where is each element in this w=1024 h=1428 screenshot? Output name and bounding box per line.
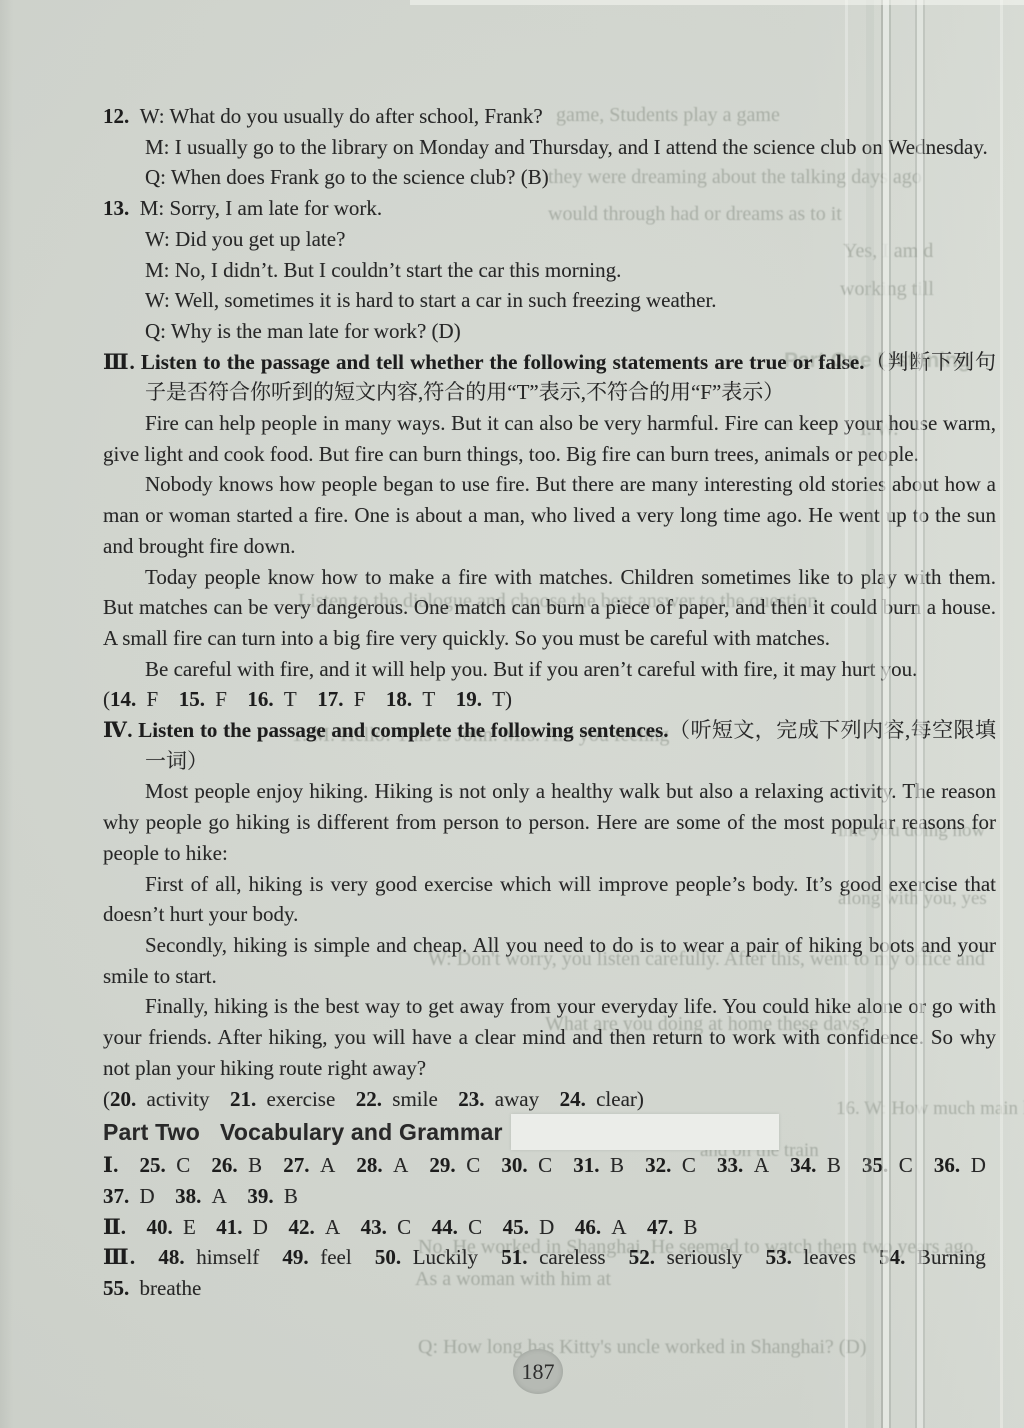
answer-number: 27. xyxy=(283,1153,309,1177)
answer-pair: 48. himself xyxy=(158,1245,259,1269)
answer-number: 39. xyxy=(247,1184,273,1208)
answer-pair: 33. A xyxy=(717,1153,769,1177)
answer-pair: 50. Luckily xyxy=(375,1245,478,1269)
answer-pair: 34. B xyxy=(790,1153,841,1177)
dialogue-line: 12. W: What do you usually do after scho… xyxy=(103,101,996,132)
passage-paragraph: Secondly, hiking is simple and cheap. Al… xyxy=(103,930,996,991)
page-number-badge: 187 xyxy=(513,1349,563,1394)
part-two-label: Part Two xyxy=(103,1119,200,1145)
bleedthrough-text: Q: How long has Kitty's uncle worked in … xyxy=(418,1336,867,1359)
answer-pair: 29. C xyxy=(429,1153,480,1177)
answer-pair: 54. Burning xyxy=(879,1245,986,1269)
answer-pair: 27. A xyxy=(283,1153,335,1177)
whiteout-box xyxy=(511,1114,779,1150)
section-title: Listen to the passage and complete the f… xyxy=(138,718,668,742)
answer-pair: 15. F xyxy=(179,687,227,711)
answer-number: 33. xyxy=(717,1153,743,1177)
answer-pair: 17. F xyxy=(317,687,365,711)
answer-number: 54. xyxy=(879,1245,905,1269)
answer-number: 24. xyxy=(560,1087,586,1111)
dialogue-line: 13. M: Sorry, I am late for work. xyxy=(103,193,996,224)
answer-pair: 44. C xyxy=(432,1215,483,1239)
answer-number: 37. xyxy=(103,1184,129,1208)
item-number: 12. xyxy=(103,104,129,128)
roman-numeral: Ⅳ. xyxy=(103,718,133,742)
answer-pair: 53. leaves xyxy=(766,1245,856,1269)
answer-number: 43. xyxy=(361,1215,387,1239)
content: 12. W: What do you usually do after scho… xyxy=(103,101,996,1304)
answer-number: 52. xyxy=(629,1245,655,1269)
roman-numeral: Ⅲ. xyxy=(103,1245,135,1269)
answer-number: 26. xyxy=(211,1153,237,1177)
answer-number: 17. xyxy=(317,687,343,711)
part-two-title: Vocabulary and Grammar xyxy=(220,1119,503,1145)
answer-pair: 35. C xyxy=(862,1153,913,1177)
answer-number: 29. xyxy=(429,1153,455,1177)
answer-number: 18. xyxy=(386,687,412,711)
section-header: Ⅲ. Listen to the passage and tell whethe… xyxy=(103,347,996,408)
roman-numeral: Ⅲ. xyxy=(103,350,135,374)
answer-number: 31. xyxy=(573,1153,599,1177)
answer-pair: 40. E xyxy=(146,1215,195,1239)
crease-line xyxy=(1000,0,1003,1428)
dialogue-line: Q: When does Frank go to the science clu… xyxy=(103,162,996,193)
answer-number: 44. xyxy=(432,1215,458,1239)
answer-number: 50. xyxy=(375,1245,401,1269)
passage-paragraph: First of all, hiking is very good exerci… xyxy=(103,869,996,930)
section-title: Listen to the passage and tell whether t… xyxy=(141,350,865,374)
answer-number: 28. xyxy=(356,1153,382,1177)
answer-pair: 23. away xyxy=(458,1087,539,1111)
answer-number: 22. xyxy=(356,1087,382,1111)
passage-paragraph: Nobody knows how people began to use fir… xyxy=(103,469,996,561)
answer-number: 30. xyxy=(501,1153,527,1177)
answer-line: (20. activity 21. exercise 22. smile 23.… xyxy=(103,1084,996,1115)
answer-pair: 19. T xyxy=(456,687,505,711)
answer-pair: 55. breathe xyxy=(103,1276,201,1300)
answer-pair: 43. C xyxy=(361,1215,412,1239)
answer-pair: 39. B xyxy=(247,1184,298,1208)
answer-number: 40. xyxy=(146,1215,172,1239)
answer-number: 19. xyxy=(456,687,482,711)
answer-pair: 32. C xyxy=(645,1153,696,1177)
answer-pair: 36. D xyxy=(934,1153,986,1177)
answer-pair: 47. B xyxy=(647,1215,698,1239)
answer-pair: 46. A xyxy=(575,1215,627,1239)
answer-pair: 26. B xyxy=(211,1153,262,1177)
answer-number: 16. xyxy=(247,687,273,711)
answer-number: 46. xyxy=(575,1215,601,1239)
answer-pair: 51. careless xyxy=(501,1245,605,1269)
answer-number: 48. xyxy=(158,1245,184,1269)
answer-number: 23. xyxy=(458,1087,484,1111)
answer-number: 14. xyxy=(110,687,136,711)
part-two-heading: Part TwoVocabulary and Grammar xyxy=(103,1114,996,1150)
answer-pair: 30. C xyxy=(501,1153,552,1177)
answer-number: 36. xyxy=(934,1153,960,1177)
passage-paragraph: Most people enjoy hiking. Hiking is not … xyxy=(103,776,996,868)
passage-paragraph: Finally, hiking is the best way to get a… xyxy=(103,991,996,1083)
answer-number: 15. xyxy=(179,687,205,711)
answer-number: 38. xyxy=(175,1184,201,1208)
passage-paragraph: Be careful with fire, and it will help y… xyxy=(103,654,996,685)
answer-number: 42. xyxy=(288,1215,314,1239)
answer-number: 49. xyxy=(282,1245,308,1269)
answer-pair: 45. D xyxy=(503,1215,555,1239)
dialogue-line: M: No, I didn’t. But I couldn’t start th… xyxy=(103,255,996,286)
answer-pair: 38. A xyxy=(175,1184,227,1208)
answer-line: (14. F 15. F 16. T 17. F 18. T 19. T) xyxy=(103,684,996,715)
dialogue-line: Q: Why is the man late for work? (D) xyxy=(103,316,996,347)
item-number: 13. xyxy=(103,196,129,220)
section-header: Ⅳ. Listen to the passage and complete th… xyxy=(103,715,996,776)
answer-number: 51. xyxy=(501,1245,527,1269)
answer-number: 47. xyxy=(647,1215,673,1239)
answer-number: 34. xyxy=(790,1153,816,1177)
answer-number: 25. xyxy=(139,1153,165,1177)
answer-number: 41. xyxy=(216,1215,242,1239)
answer-number: 55. xyxy=(103,1276,129,1300)
answer-pair: 25. C xyxy=(139,1153,190,1177)
answer-pair: 28. A xyxy=(356,1153,408,1177)
answer-pair: 24. clear xyxy=(560,1087,637,1111)
answer-pair: 42. A xyxy=(288,1215,340,1239)
scanned-workbook-page: game, Students play a gamethey were drea… xyxy=(0,0,1024,1428)
answer-pair: 18. T xyxy=(386,687,435,711)
roman-numeral: Ⅱ. xyxy=(103,1215,126,1239)
vocab-answer-line: Ⅲ. 48. himself 49. feel 50. Luckily 51. … xyxy=(103,1242,996,1303)
answer-pair: 37. D xyxy=(103,1184,155,1208)
answer-number: 35. xyxy=(862,1153,888,1177)
answer-number: 21. xyxy=(230,1087,256,1111)
answer-pair: 14. F xyxy=(110,687,158,711)
answer-pair: 41. D xyxy=(216,1215,268,1239)
vocab-answer-line: Ⅰ. 25. C 26. B 27. A 28. A 29. C 30. C 3… xyxy=(103,1150,996,1211)
answer-pair: 21. exercise xyxy=(230,1087,335,1111)
passage-paragraph: Fire can help people in many ways. But i… xyxy=(103,408,996,469)
vocab-answer-line: Ⅱ. 40. E 41. D 42. A 43. C 44. C 45. D 4… xyxy=(103,1212,996,1243)
answer-pair: 52. seriously xyxy=(629,1245,743,1269)
answer-pair: 31. B xyxy=(573,1153,624,1177)
passage-paragraph: Today people know how to make a fire wit… xyxy=(103,562,996,654)
roman-numeral: Ⅰ. xyxy=(103,1153,118,1177)
answer-number: 20. xyxy=(110,1087,136,1111)
dialogue-line: W: Well, sometimes it is hard to start a… xyxy=(103,285,996,316)
answer-number: 45. xyxy=(503,1215,529,1239)
dialogue-line: W: Did you get up late? xyxy=(103,224,996,255)
answer-pair: 20. activity xyxy=(110,1087,209,1111)
dialogue-line: M: I usually go to the library on Monday… xyxy=(103,132,996,163)
answer-number: 53. xyxy=(766,1245,792,1269)
page-number: 187 xyxy=(522,1359,555,1385)
answer-number: 32. xyxy=(645,1153,671,1177)
answer-pair: 16. T xyxy=(247,687,296,711)
answer-pair: 22. smile xyxy=(356,1087,438,1111)
answer-pair: 49. feel xyxy=(282,1245,351,1269)
